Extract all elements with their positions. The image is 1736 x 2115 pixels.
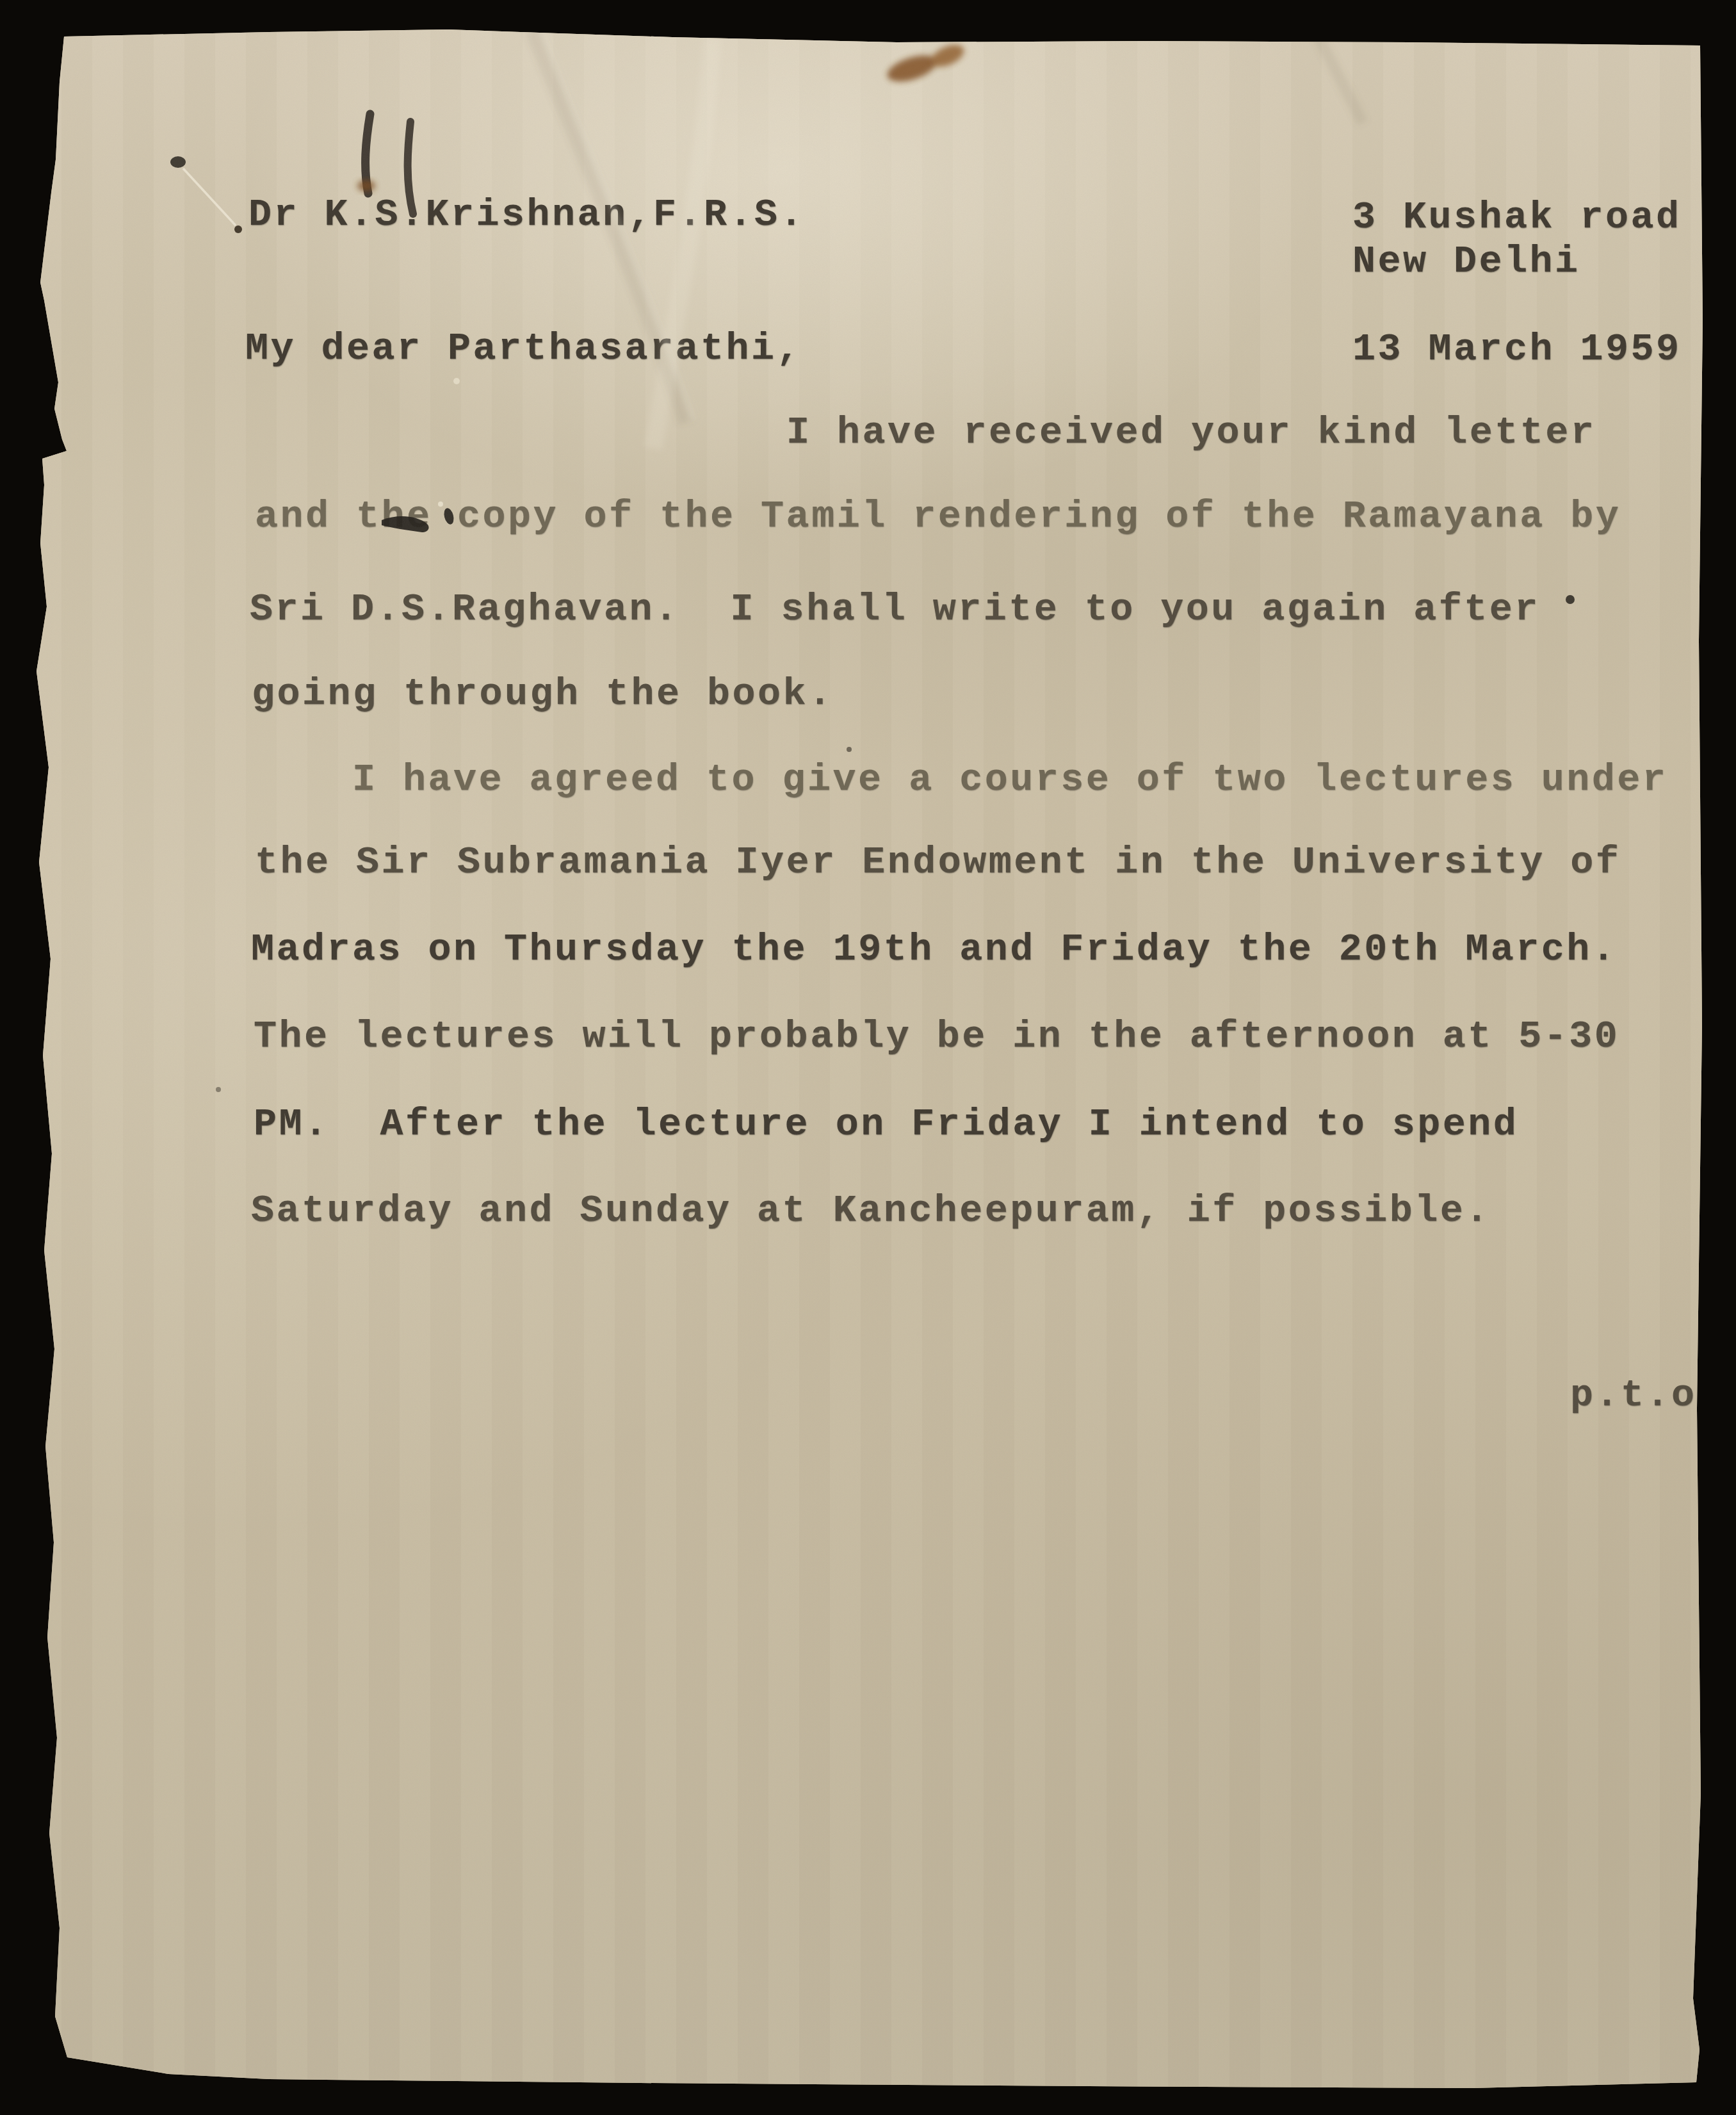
paper-marks-and-grain xyxy=(0,0,1736,2115)
scanner-background: Dr K.S.Krishnan,F.R.S. 3 Kushak road New… xyxy=(0,0,1736,2115)
letter-paper: Dr K.S.Krishnan,F.R.S. 3 Kushak road New… xyxy=(0,0,1736,2115)
paper-grain-texture xyxy=(0,0,1736,2115)
